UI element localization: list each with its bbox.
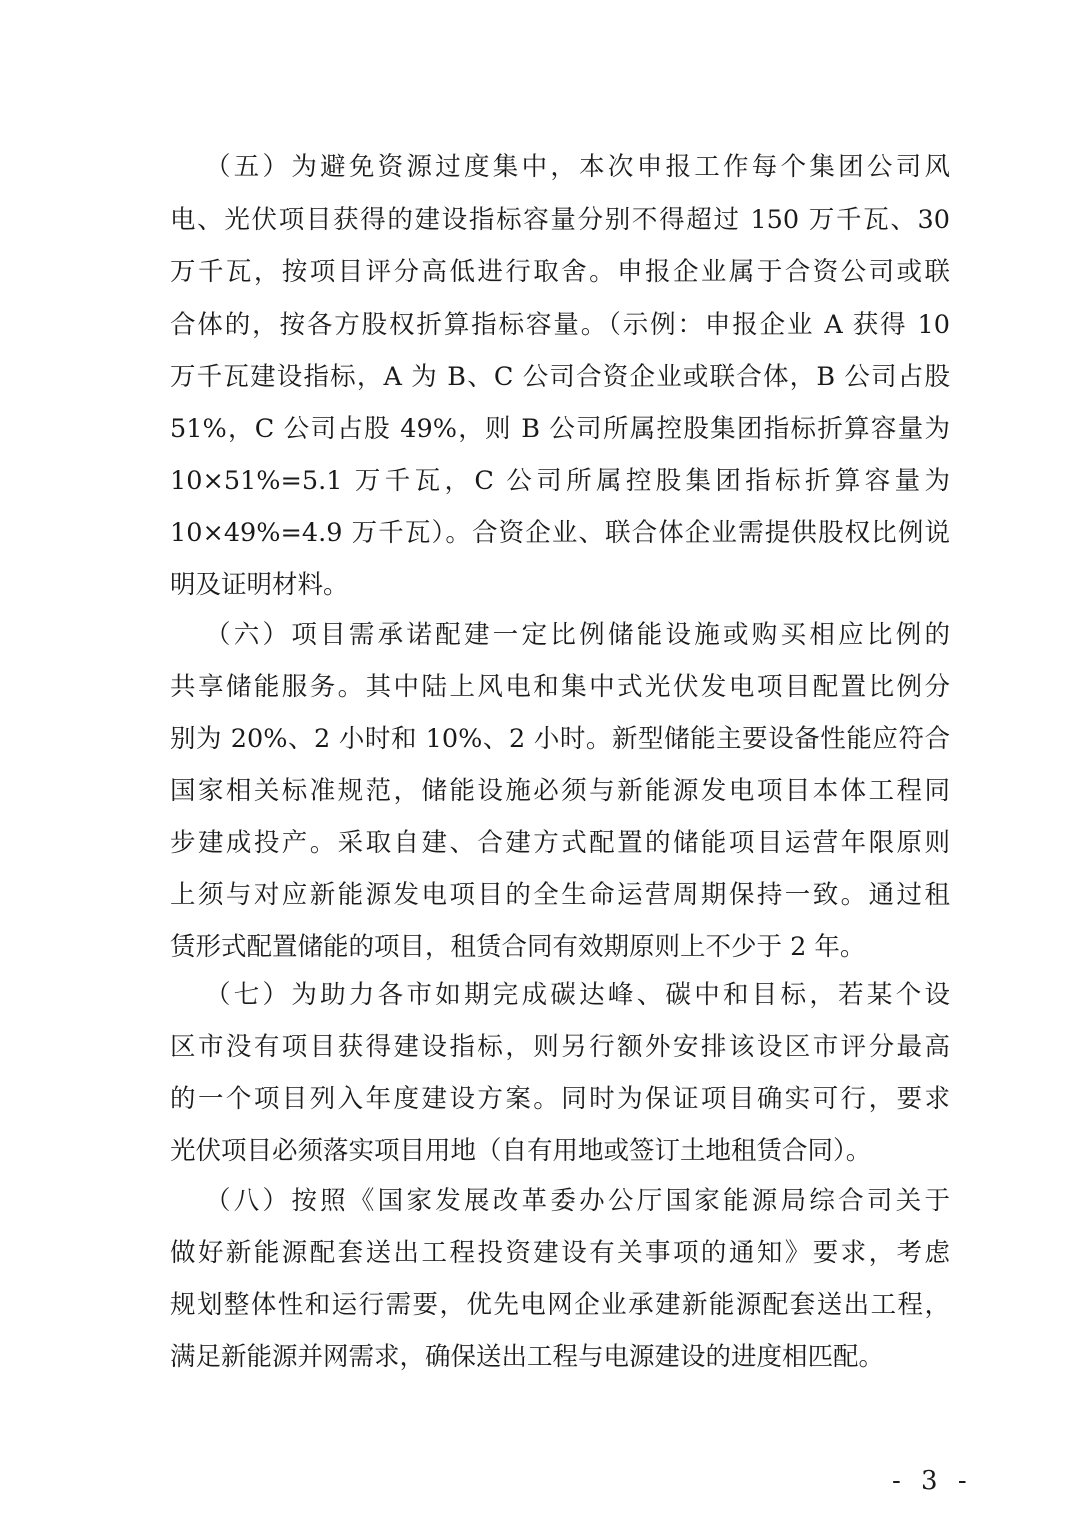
text-line: 区市没有项目获得建设指标，则另行额外安排该设区市评分最高 <box>170 1030 950 1064</box>
text-line: （五）为避免资源过度集中，本次申报工作每个集团公司风 <box>205 150 950 184</box>
text-line: 光伏项目必须落实项目用地（自有用地或签订土地租赁合同）。 <box>170 1134 950 1168</box>
text-line: 步建成投产。采取自建、合建方式配置的储能项目运营年限原则 <box>170 826 950 860</box>
text-line: 10×49%=4.9 万千瓦）。合资企业、联合体企业需提供股权比例说 <box>170 516 950 550</box>
page-number: - 3 - <box>892 1464 973 1498</box>
text-line: 电、光伏项目获得的建设指标容量分别不得超过 150 万千瓦、30 <box>170 203 950 237</box>
text-line: 的一个项目列入年度建设方案。同时为保证项目确实可行，要求 <box>170 1082 950 1116</box>
text-line: 万千瓦建设指标，A 为 B、C 公司合资企业或联合体，B 公司占股 <box>170 360 950 394</box>
text-line: （六）项目需承诺配建一定比例储能设施或购买相应比例的 <box>205 618 950 652</box>
text-line: 明及证明材料。 <box>170 568 950 602</box>
text-line: 赁形式配置储能的项目，租赁合同有效期原则上不少于 2 年。 <box>170 930 950 964</box>
document-page: （五）为避免资源过度集中，本次申报工作每个集团公司风 电、光伏项目获得的建设指标… <box>0 0 1080 1527</box>
text-line: 10×51%=5.1 万千瓦，C 公司所属控股集团指标折算容量为 <box>170 464 950 498</box>
text-line: （八）按照《国家发展改革委办公厅国家能源局综合司关于 <box>205 1184 950 1218</box>
text-line: （七）为助力各市如期完成碳达峰、碳中和目标，若某个设 <box>205 978 950 1012</box>
text-line: 做好新能源配套送出工程投资建设有关事项的通知》要求，考虑 <box>170 1236 950 1270</box>
text-line: 共享储能服务。其中陆上风电和集中式光伏发电项目配置比例分 <box>170 670 950 704</box>
text-line: 规划整体性和运行需要，优先电网企业承建新能源配套送出工程， <box>170 1288 950 1322</box>
text-line: 合体的，按各方股权折算指标容量。（示例：申报企业 A 获得 10 <box>170 308 950 342</box>
text-line: 别为 20%、2 小时和 10%、2 小时。新型储能主要设备性能应符合 <box>170 722 950 756</box>
text-line: 51%，C 公司占股 49%，则 B 公司所属控股集团指标折算容量为 <box>170 412 950 446</box>
text-line: 满足新能源并网需求，确保送出工程与电源建设的进度相匹配。 <box>170 1340 950 1374</box>
text-line: 国家相关标准规范，储能设施必须与新能源发电项目本体工程同 <box>170 774 950 808</box>
text-line: 万千瓦，按项目评分高低进行取舍。申报企业属于合资公司或联 <box>170 255 950 289</box>
text-line: 上须与对应新能源发电项目的全生命运营周期保持一致。通过租 <box>170 878 950 912</box>
